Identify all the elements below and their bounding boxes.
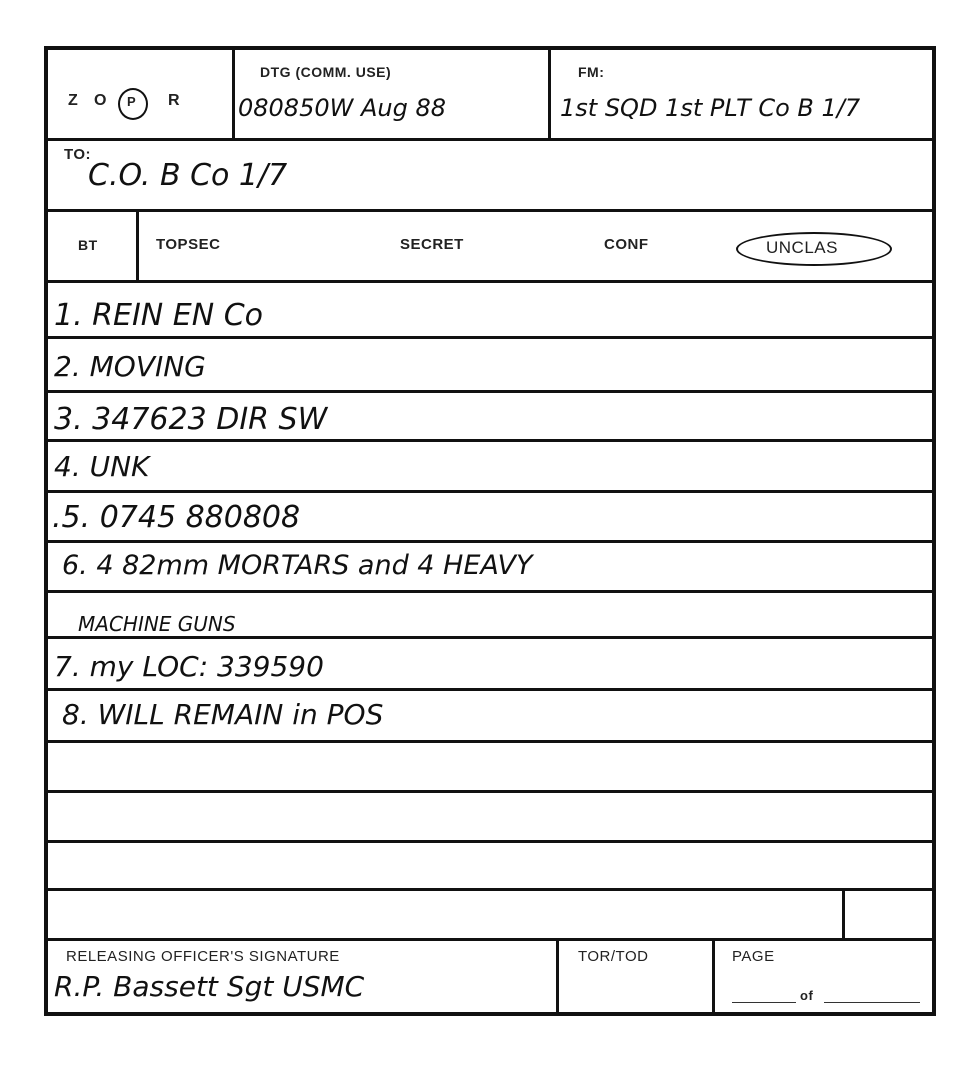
divider [48,490,932,493]
page-label: PAGE [732,948,775,965]
dtg-value[interactable]: 080850W Aug 88 [238,94,446,122]
message-line-13-box[interactable] [845,891,932,935]
dtg-label: DTG (COMM. USE) [260,64,391,80]
line-text: MACHINE GUNS [78,612,236,636]
divider [48,590,932,593]
line-text: 6. 4 82mm MORTARS and 4 HEAVY [62,550,533,581]
divider [48,280,932,283]
bt-label: BT [78,237,98,253]
line-text: 3. 347623 DIR SW [54,402,327,437]
from-label: FM: [578,64,604,80]
divider [48,938,932,941]
divider [136,209,139,280]
message-line-11[interactable] [48,793,932,839]
divider [48,336,932,339]
page-total-field[interactable] [824,1002,920,1003]
tor-tod-field[interactable] [560,970,708,1010]
line-text: .5. 0745 880808 [52,500,300,535]
precedence-field[interactable]: Z O P R [68,88,228,118]
line-text: 2. MOVING [54,350,206,383]
tor-tod-label: TOR/TOD [578,948,648,965]
message-form: Z O P R DTG (COMM. USE) 080850W Aug 88 F… [44,46,936,1016]
signature-label: RELEASING OFFICER'S SIGNATURE [66,948,340,965]
to-label: TO: [64,146,91,163]
from-value[interactable]: 1st SQD 1st PLT Co B 1/7 [560,94,860,122]
line-text: 1. REIN EN Co [54,298,263,333]
precedence-option-r: R [168,92,180,110]
message-line-12[interactable] [48,843,932,887]
divider [48,439,932,442]
page-number-field[interactable] [732,1002,796,1003]
divider [48,390,932,393]
message-line-10[interactable] [48,743,932,789]
divider [48,540,932,543]
precedence-option-z[interactable]: Z [68,92,78,110]
line-text: 7. my LOC: 339590 [54,650,324,683]
divider [48,138,932,141]
line-text: 8. WILL REMAIN in POS [62,698,383,731]
divider [48,688,932,691]
class-option-secret[interactable]: SECRET [400,236,464,253]
to-value[interactable]: C.O. B Co 1/7 [88,158,287,193]
signature-field[interactable]: R.P. Bassett Sgt USMC [54,970,364,1003]
precedence-option-o[interactable]: O [94,92,107,110]
divider [48,636,932,639]
divider [556,938,559,1016]
divider [712,938,715,1016]
class-option-unclas[interactable]: UNCLAS [766,238,838,258]
line-text: 4. UNK [54,450,149,483]
divider [48,209,932,212]
message-line-13[interactable] [48,891,836,935]
selected-circle-icon [118,88,148,120]
class-option-topsec[interactable]: TOPSEC [156,236,220,253]
divider [548,50,551,138]
divider [232,50,235,138]
page-of-label: of [800,988,813,1003]
class-option-conf[interactable]: CONF [604,236,649,253]
